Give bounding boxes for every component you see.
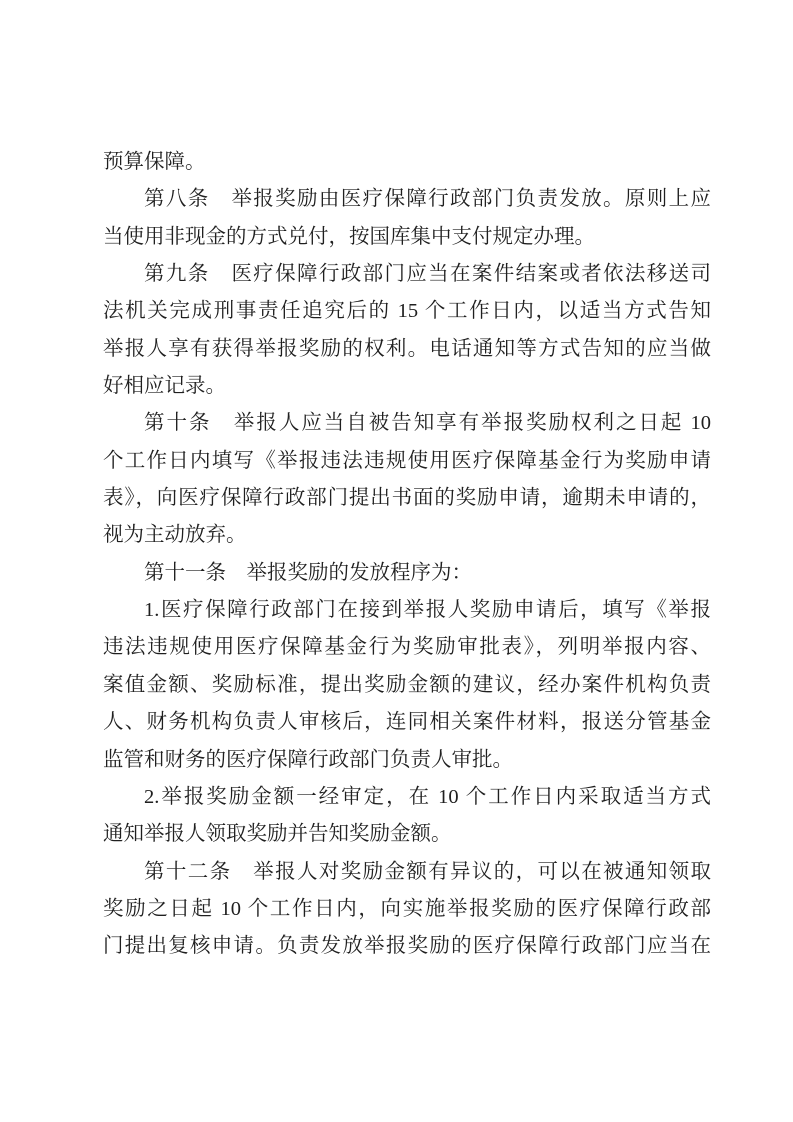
text-line: 预算保障。 <box>103 144 711 181</box>
text-line: 视为主动放弃。 <box>103 517 711 554</box>
text-line-item-1: 1.医疗保障行政部门在接到举报人奖励申请后，填写《举报 <box>103 592 711 629</box>
text-line: 人、财务机构负责人审核后，连同相关案件材料，报送分管基金 <box>103 704 711 741</box>
text-line: 当使用非现金的方式兑付，按国库集中支付规定办理。 <box>103 219 711 256</box>
text-line: 违法违规使用医疗保障基金行为奖励审批表》，列明举报内容、 <box>103 629 711 666</box>
text-line: 表》，向医疗保障行政部门提出书面的奖励申请，逾期未申请的， <box>103 480 711 517</box>
text-line: 个工作日内填写《举报违法违规使用医疗保障基金行为奖励申请 <box>103 443 711 480</box>
text-line-article-11: 第十一条 举报奖励的发放程序为： <box>103 555 711 592</box>
text-line: 法机关完成刑事责任追究后的 15 个工作日内，以适当方式告知 <box>103 293 711 330</box>
text-line: 监管和财务的医疗保障行政部门负责人审批。 <box>103 742 711 779</box>
text-line: 门提出复核申请。负责发放举报奖励的医疗保障行政部门应当在 <box>103 928 711 965</box>
document-page: 预算保障。 第八条 举报奖励由医疗保障行政部门负责发放。原则上应 当使用非现金的… <box>0 0 793 1122</box>
text-line: 通知举报人领取奖励并告知奖励金额。 <box>103 816 711 853</box>
text-line-article-9: 第九条 医疗保障行政部门应当在案件结案或者依法移送司 <box>103 256 711 293</box>
text-line: 好相应记录。 <box>103 368 711 405</box>
text-line-article-8: 第八条 举报奖励由医疗保障行政部门负责发放。原则上应 <box>103 181 711 218</box>
text-line: 案值金额、奖励标准，提出奖励金额的建议，经办案件机构负责 <box>103 667 711 704</box>
text-line-item-2: 2.举报奖励金额一经审定，在 10 个工作日内采取适当方式 <box>103 779 711 816</box>
text-line: 举报人享有获得举报奖励的权利。电话通知等方式告知的应当做 <box>103 331 711 368</box>
document-body: 预算保障。 第八条 举报奖励由医疗保障行政部门负责发放。原则上应 当使用非现金的… <box>103 144 711 966</box>
text-line: 奖励之日起 10 个工作日内，向实施举报奖励的医疗保障行政部 <box>103 891 711 928</box>
text-line-article-10: 第十条 举报人应当自被告知享有举报奖励权利之日起 10 <box>103 405 711 442</box>
text-line-article-12: 第十二条 举报人对奖励金额有异议的，可以在被通知领取 <box>103 854 711 891</box>
